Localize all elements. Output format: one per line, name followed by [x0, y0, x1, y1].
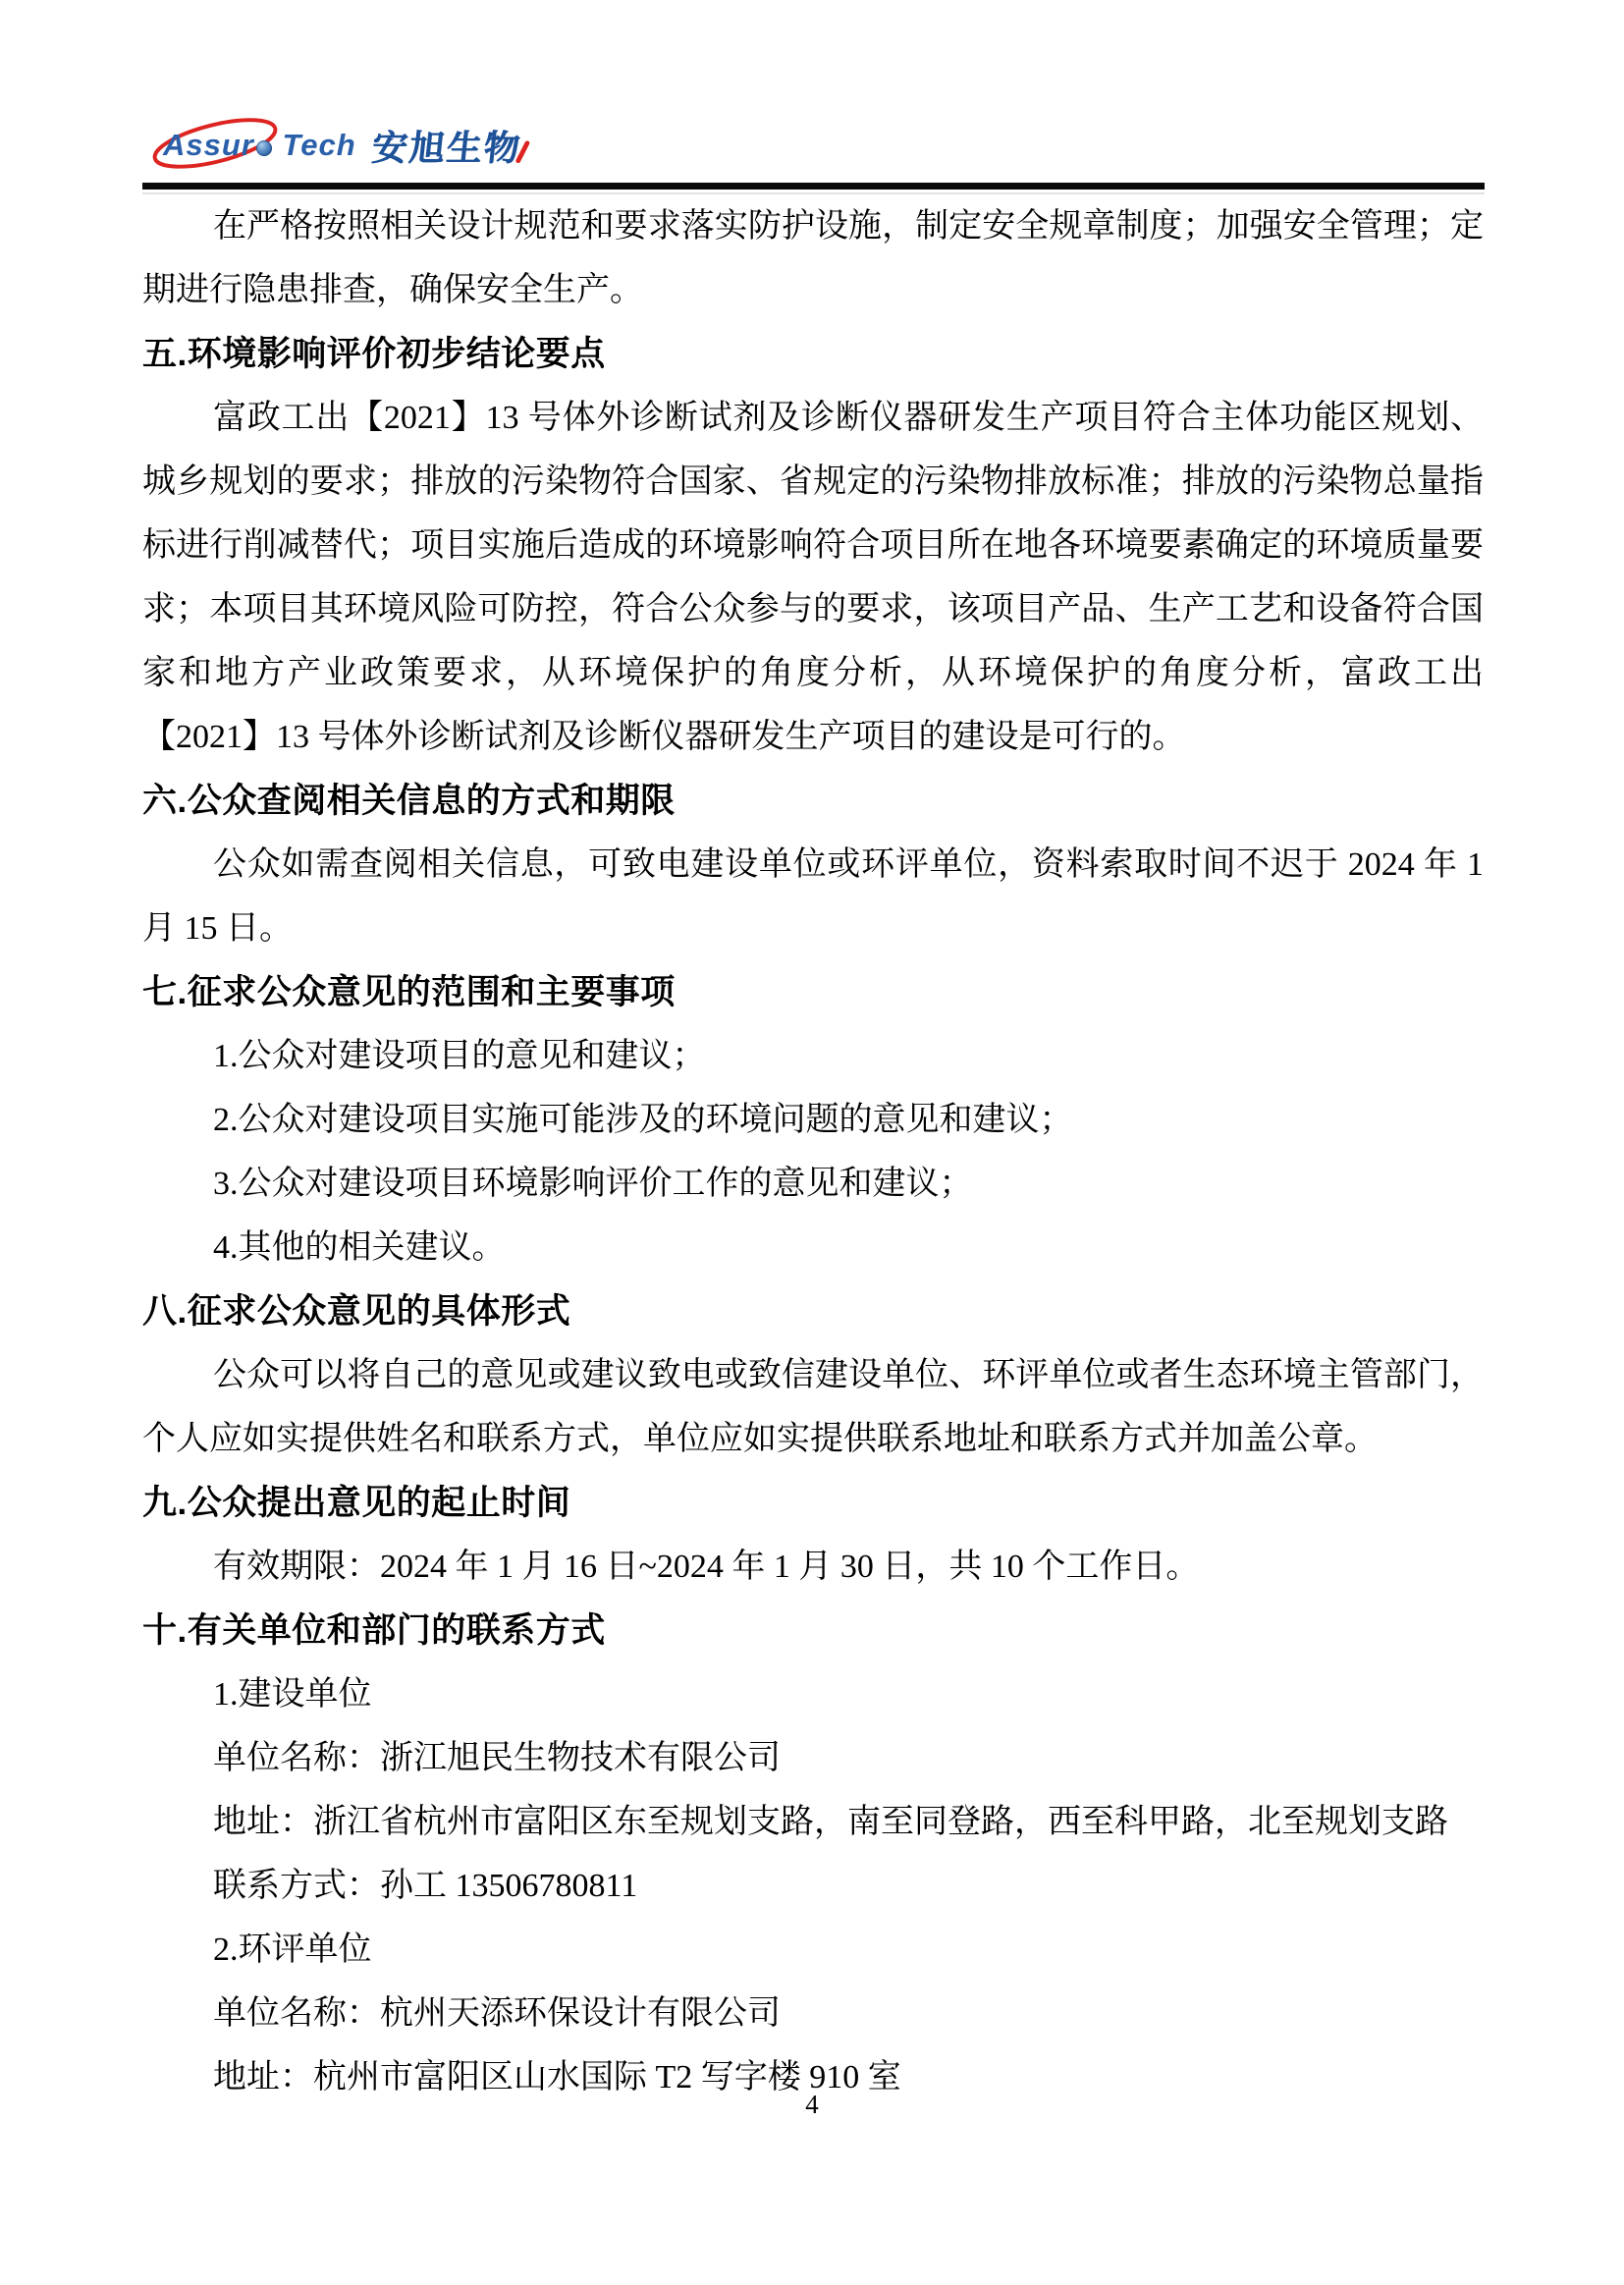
contact-line-eia-unit: 2.环评单位 — [142, 1918, 1484, 1982]
logo-brand-cn-text: 安旭生物 — [369, 128, 522, 168]
heading-section-7: 七.征求公众意见的范围和主要事项 — [142, 960, 1484, 1024]
paragraph-validity-period: 有效期限：2024 年 1 月 16 日~2024 年 1 月 30 日，共 1… — [142, 1535, 1484, 1599]
heading-section-8: 八.征求公众意见的具体形式 — [142, 1279, 1484, 1343]
heading-section-9: 九.公众提出意见的起止时间 — [142, 1471, 1484, 1535]
heading-section-5: 五.环境影响评价初步结论要点 — [142, 322, 1484, 386]
contact-line-phone-1: 联系方式：孙工 13506780811 — [142, 1854, 1484, 1918]
logo-brand-en: Assur Tech — [163, 128, 356, 163]
paragraph-section-8: 公众可以将自己的意见或建议致电或致信建设单位、环评单位或者生态环境主管部门，个人… — [142, 1343, 1484, 1471]
page-number: 4 — [0, 2089, 1624, 2120]
list-item-opinion-3: 3.公众对建设项目环境影响评价工作的意见和建议； — [142, 1152, 1484, 1216]
contact-line-construction-unit: 1.建设单位 — [142, 1662, 1484, 1726]
assuretech-logo: Assur Tech 安旭生物 — [163, 116, 527, 175]
list-item-opinion-1: 1.公众对建设项目的意见和建议； — [142, 1024, 1484, 1088]
paragraph-section-6: 公众如需查阅相关信息，可致电建设单位或环评单位，资料索取时间不迟于 2024 年… — [142, 833, 1484, 960]
logo-text-tech: Tech — [283, 128, 356, 162]
logo-text-assur: Assur — [163, 128, 254, 162]
paragraph-safety-measures: 在严格按照相关设计规范和要求落实防护设施，制定安全规章制度；加强安全管理；定期进… — [142, 194, 1484, 322]
header-divider — [142, 183, 1485, 190]
contact-line-company-name-1: 单位名称：浙江旭民生物技术有限公司 — [142, 1726, 1484, 1790]
logo-brand-cn: 安旭生物 — [369, 121, 529, 171]
document-body: 在严格按照相关设计规范和要求落实防护设施，制定安全规章制度；加强安全管理；定期进… — [142, 194, 1484, 2109]
contact-line-address-1: 地址：浙江省杭州市富阳区东至规划支路，南至同登路，西至科甲路，北至规划支路 — [142, 1790, 1484, 1854]
paragraph-section-5: 富政工出【2021】13 号体外诊断试剂及诊断仪器研发生产项目符合主体功能区规划… — [142, 386, 1484, 769]
heading-section-6: 六.公众查阅相关信息的方式和期限 — [142, 769, 1484, 833]
globe-icon — [256, 140, 272, 156]
document-page: Assur Tech 安旭生物 在严格按照相关设计规范和要求落实防护设施，制定安… — [0, 0, 1624, 2285]
page-header: Assur Tech 安旭生物 — [0, 0, 1624, 206]
heading-section-10: 十.有关单位和部门的联系方式 — [142, 1599, 1484, 1662]
list-item-opinion-2: 2.公众对建设项目实施可能涉及的环境问题的意见和建议； — [142, 1088, 1484, 1152]
list-item-opinion-4: 4.其他的相关建议。 — [142, 1216, 1484, 1279]
contact-line-company-name-2: 单位名称：杭州天添环保设计有限公司 — [142, 1982, 1484, 2045]
